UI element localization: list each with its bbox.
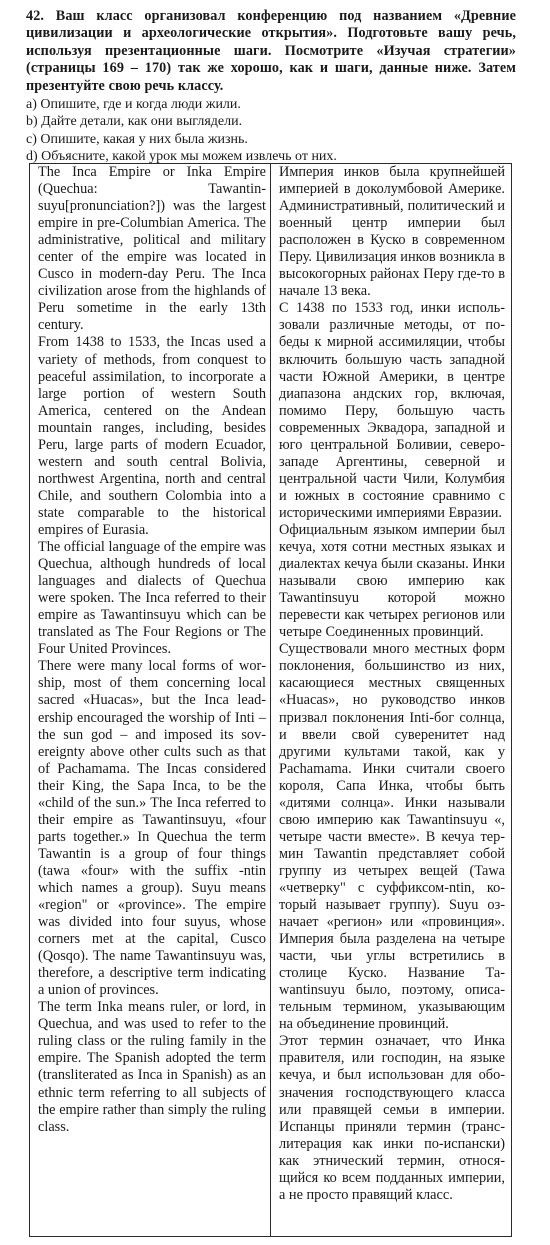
task-prompt: 42. Ваш класс организовал конференцию по… [26, 8, 516, 95]
step-a: a) Опишите, где и когда люди жили. [26, 96, 516, 113]
task-steps-list: a) Опишите, где и когда люди жили. b) Да… [26, 96, 516, 165]
task-text: 42. Ваш класс организовал конференцию по… [26, 8, 516, 94]
english-paragraph-3: The official language of the empire was … [38, 539, 266, 658]
english-paragraph-1: The Inca Empire or Inka Empire (Quechua:… [38, 164, 266, 334]
english-paragraph-2: From 1438 to 1533, the Incas used a vari… [38, 334, 266, 539]
step-c: c) Опишите, какая у них была жизнь. [26, 131, 516, 148]
russian-paragraph-2: С 1438 по 1533 год, инки исполь­зовали р… [279, 300, 505, 522]
russian-paragraph-1: Империя инков была крупнейшей империей в… [279, 164, 505, 300]
russian-paragraph-5: Этот термин означает, что Инка правителя… [279, 1033, 505, 1203]
russian-paragraph-4: Существовали много местных форм поклонен… [279, 641, 505, 1033]
english-column: The Inca Empire or Inka Empire (Quechua:… [30, 164, 271, 1236]
russian-paragraph-3: Официальным языком империи был кечуа, хо… [279, 522, 505, 641]
english-paragraph-5: The term Inka means ruler, or lord, in Q… [38, 999, 266, 1135]
bilingual-text-table: The Inca Empire or Inka Empire (Quechua:… [29, 163, 512, 1237]
step-b: b) Дайте детали, как они выглядели. [26, 113, 516, 130]
russian-column: Империя инков была крупнейшей империей в… [271, 164, 511, 1236]
english-paragraph-4: There were many local forms of wor­ship,… [38, 658, 266, 999]
